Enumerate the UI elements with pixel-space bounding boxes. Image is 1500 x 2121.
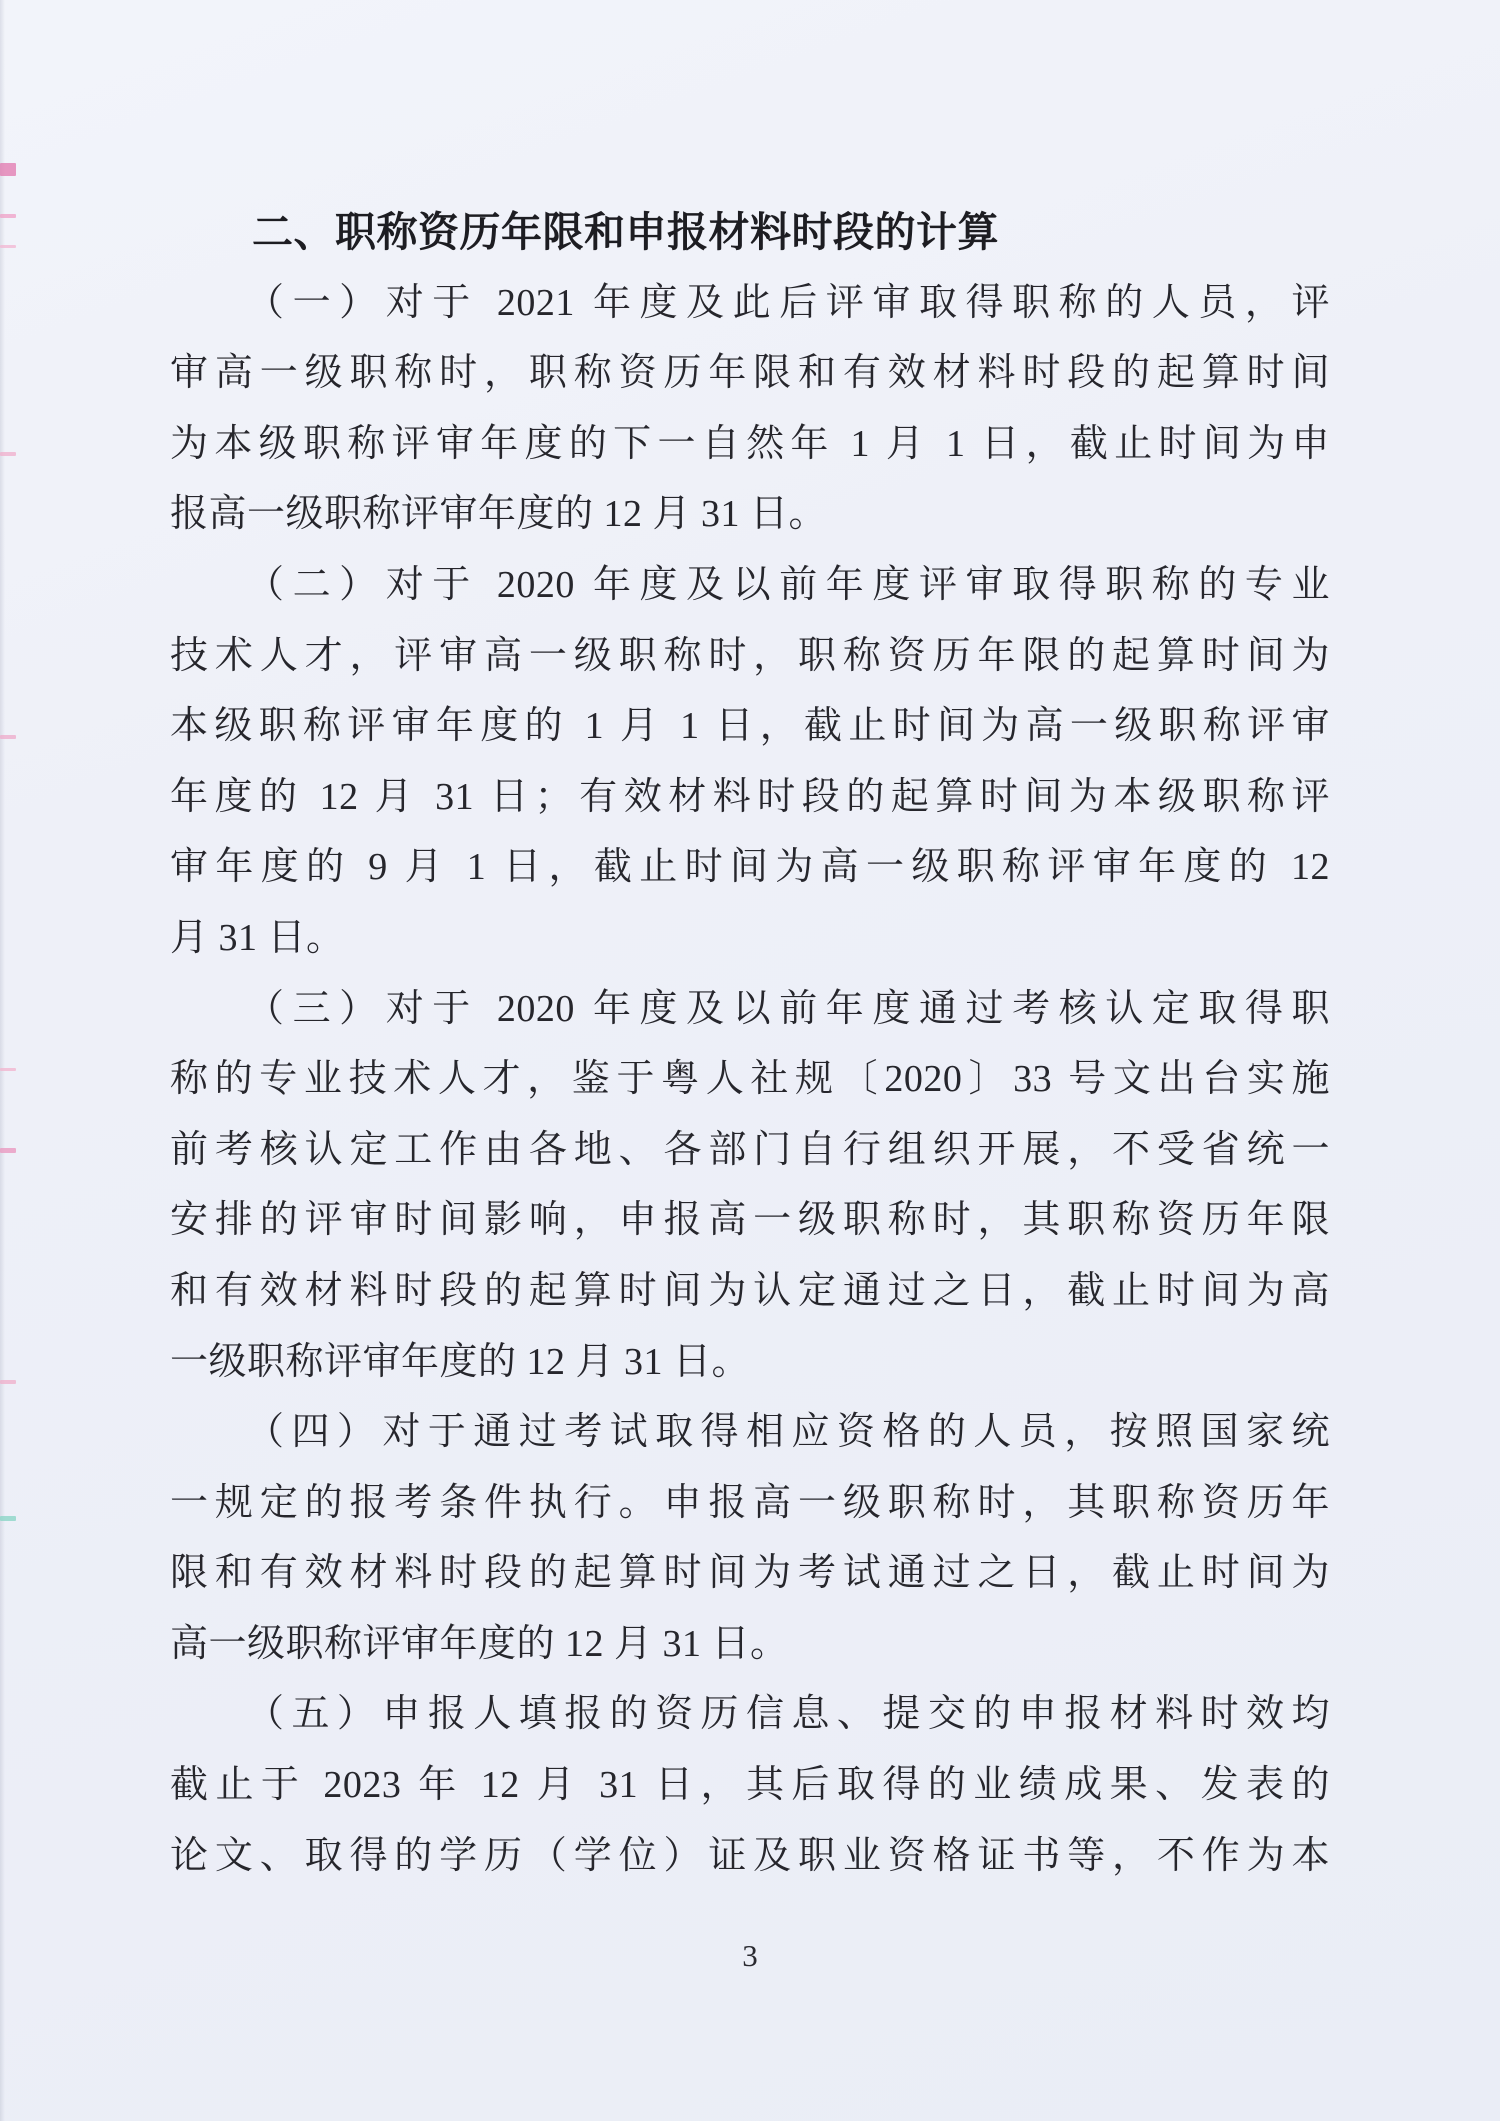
document-body: 二、职称资历年限和申报材料时段的计算 （一）对于 2021 年度及此后评审取得职… [170, 197, 1330, 1891]
text-line: 报高一级职称评审年度的 12 月 31 日。 [170, 479, 1330, 550]
text-line: （二）对于 2020 年度及以前年度评审取得职称的专业 [170, 550, 1330, 621]
page-number: 3 [0, 1938, 1500, 1974]
text-line: 一规定的报考条件执行。申报高一级职称时，其职称资历年 [170, 1468, 1330, 1539]
scan-streak [0, 1380, 16, 1384]
text-line: 安排的评审时间影响，申报高一级职称时，其职称资历年限 [170, 1185, 1330, 1256]
scan-streak [0, 1148, 16, 1153]
text-line: 前考核认定工作由各地、各部门自行组织开展，不受省统一 [170, 1115, 1330, 1186]
paragraph: （五）申报人填报的资历信息、提交的申报材料时效均截止于 2023 年 12 月 … [170, 1679, 1330, 1891]
scan-streak [0, 1516, 16, 1521]
text-line: 月 31 日。 [170, 903, 1330, 974]
section-heading: 二、职称资历年限和申报材料时段的计算 [170, 197, 1330, 268]
text-line: 一级职称评审年度的 12 月 31 日。 [170, 1327, 1330, 1398]
paragraph-container: （一）对于 2021 年度及此后评审取得职称的人员，评审高一级职称时，职称资历年… [170, 268, 1330, 1892]
text-line: 本级职称评审年度的 1 月 1 日，截止时间为高一级职称评审 [170, 691, 1330, 762]
scan-streak [0, 452, 16, 456]
text-line: 年度的 12 月 31 日；有效材料时段的起算时间为本级职称评 [170, 762, 1330, 833]
text-line: 技术人才，评审高一级职称时，职称资历年限的起算时间为 [170, 621, 1330, 692]
text-line: 为本级职称评审年度的下一自然年 1 月 1 日，截止时间为申 [170, 409, 1330, 480]
text-line: 限和有效材料时段的起算时间为考试通过之日，截止时间为 [170, 1538, 1330, 1609]
paragraph: （四）对于通过考试取得相应资格的人员，按照国家统一规定的报考条件执行。申报高一级… [170, 1397, 1330, 1679]
scan-streak [0, 214, 16, 218]
scan-streak [0, 163, 16, 176]
scan-streak [0, 735, 16, 739]
text-line: 审高一级职称时，职称资历年限和有效材料时段的起算时间 [170, 338, 1330, 409]
scan-streak [0, 1068, 16, 1071]
text-line: （五）申报人填报的资历信息、提交的申报材料时效均 [170, 1679, 1330, 1750]
text-line: 论文、取得的学历（学位）证及职业资格证书等，不作为本 [170, 1821, 1330, 1892]
scan-streak [0, 245, 16, 248]
text-line: 截止于 2023 年 12 月 31 日，其后取得的业绩成果、发表的 [170, 1750, 1330, 1821]
page-edge-shadow [0, 0, 5, 2121]
text-line: 称的专业技术人才，鉴于粤人社规〔2020〕33 号文出台实施 [170, 1044, 1330, 1115]
text-line: （三）对于 2020 年度及以前年度通过考核认定取得职 [170, 974, 1330, 1045]
text-line: 审年度的 9 月 1 日，截止时间为高一级职称评审年度的 12 [170, 832, 1330, 903]
paragraph: （二）对于 2020 年度及以前年度评审取得职称的专业技术人才，评审高一级职称时… [170, 550, 1330, 974]
text-line: （一）对于 2021 年度及此后评审取得职称的人员，评 [170, 268, 1330, 339]
scanned-document-page: 二、职称资历年限和申报材料时段的计算 （一）对于 2021 年度及此后评审取得职… [0, 0, 1500, 2121]
text-line: 和有效材料时段的起算时间为认定通过之日，截止时间为高 [170, 1256, 1330, 1327]
paragraph: （三）对于 2020 年度及以前年度通过考核认定取得职称的专业技术人才，鉴于粤人… [170, 974, 1330, 1398]
paragraph: （一）对于 2021 年度及此后评审取得职称的人员，评审高一级职称时，职称资历年… [170, 268, 1330, 550]
text-line: （四）对于通过考试取得相应资格的人员，按照国家统 [170, 1397, 1330, 1468]
text-line: 高一级职称评审年度的 12 月 31 日。 [170, 1609, 1330, 1680]
